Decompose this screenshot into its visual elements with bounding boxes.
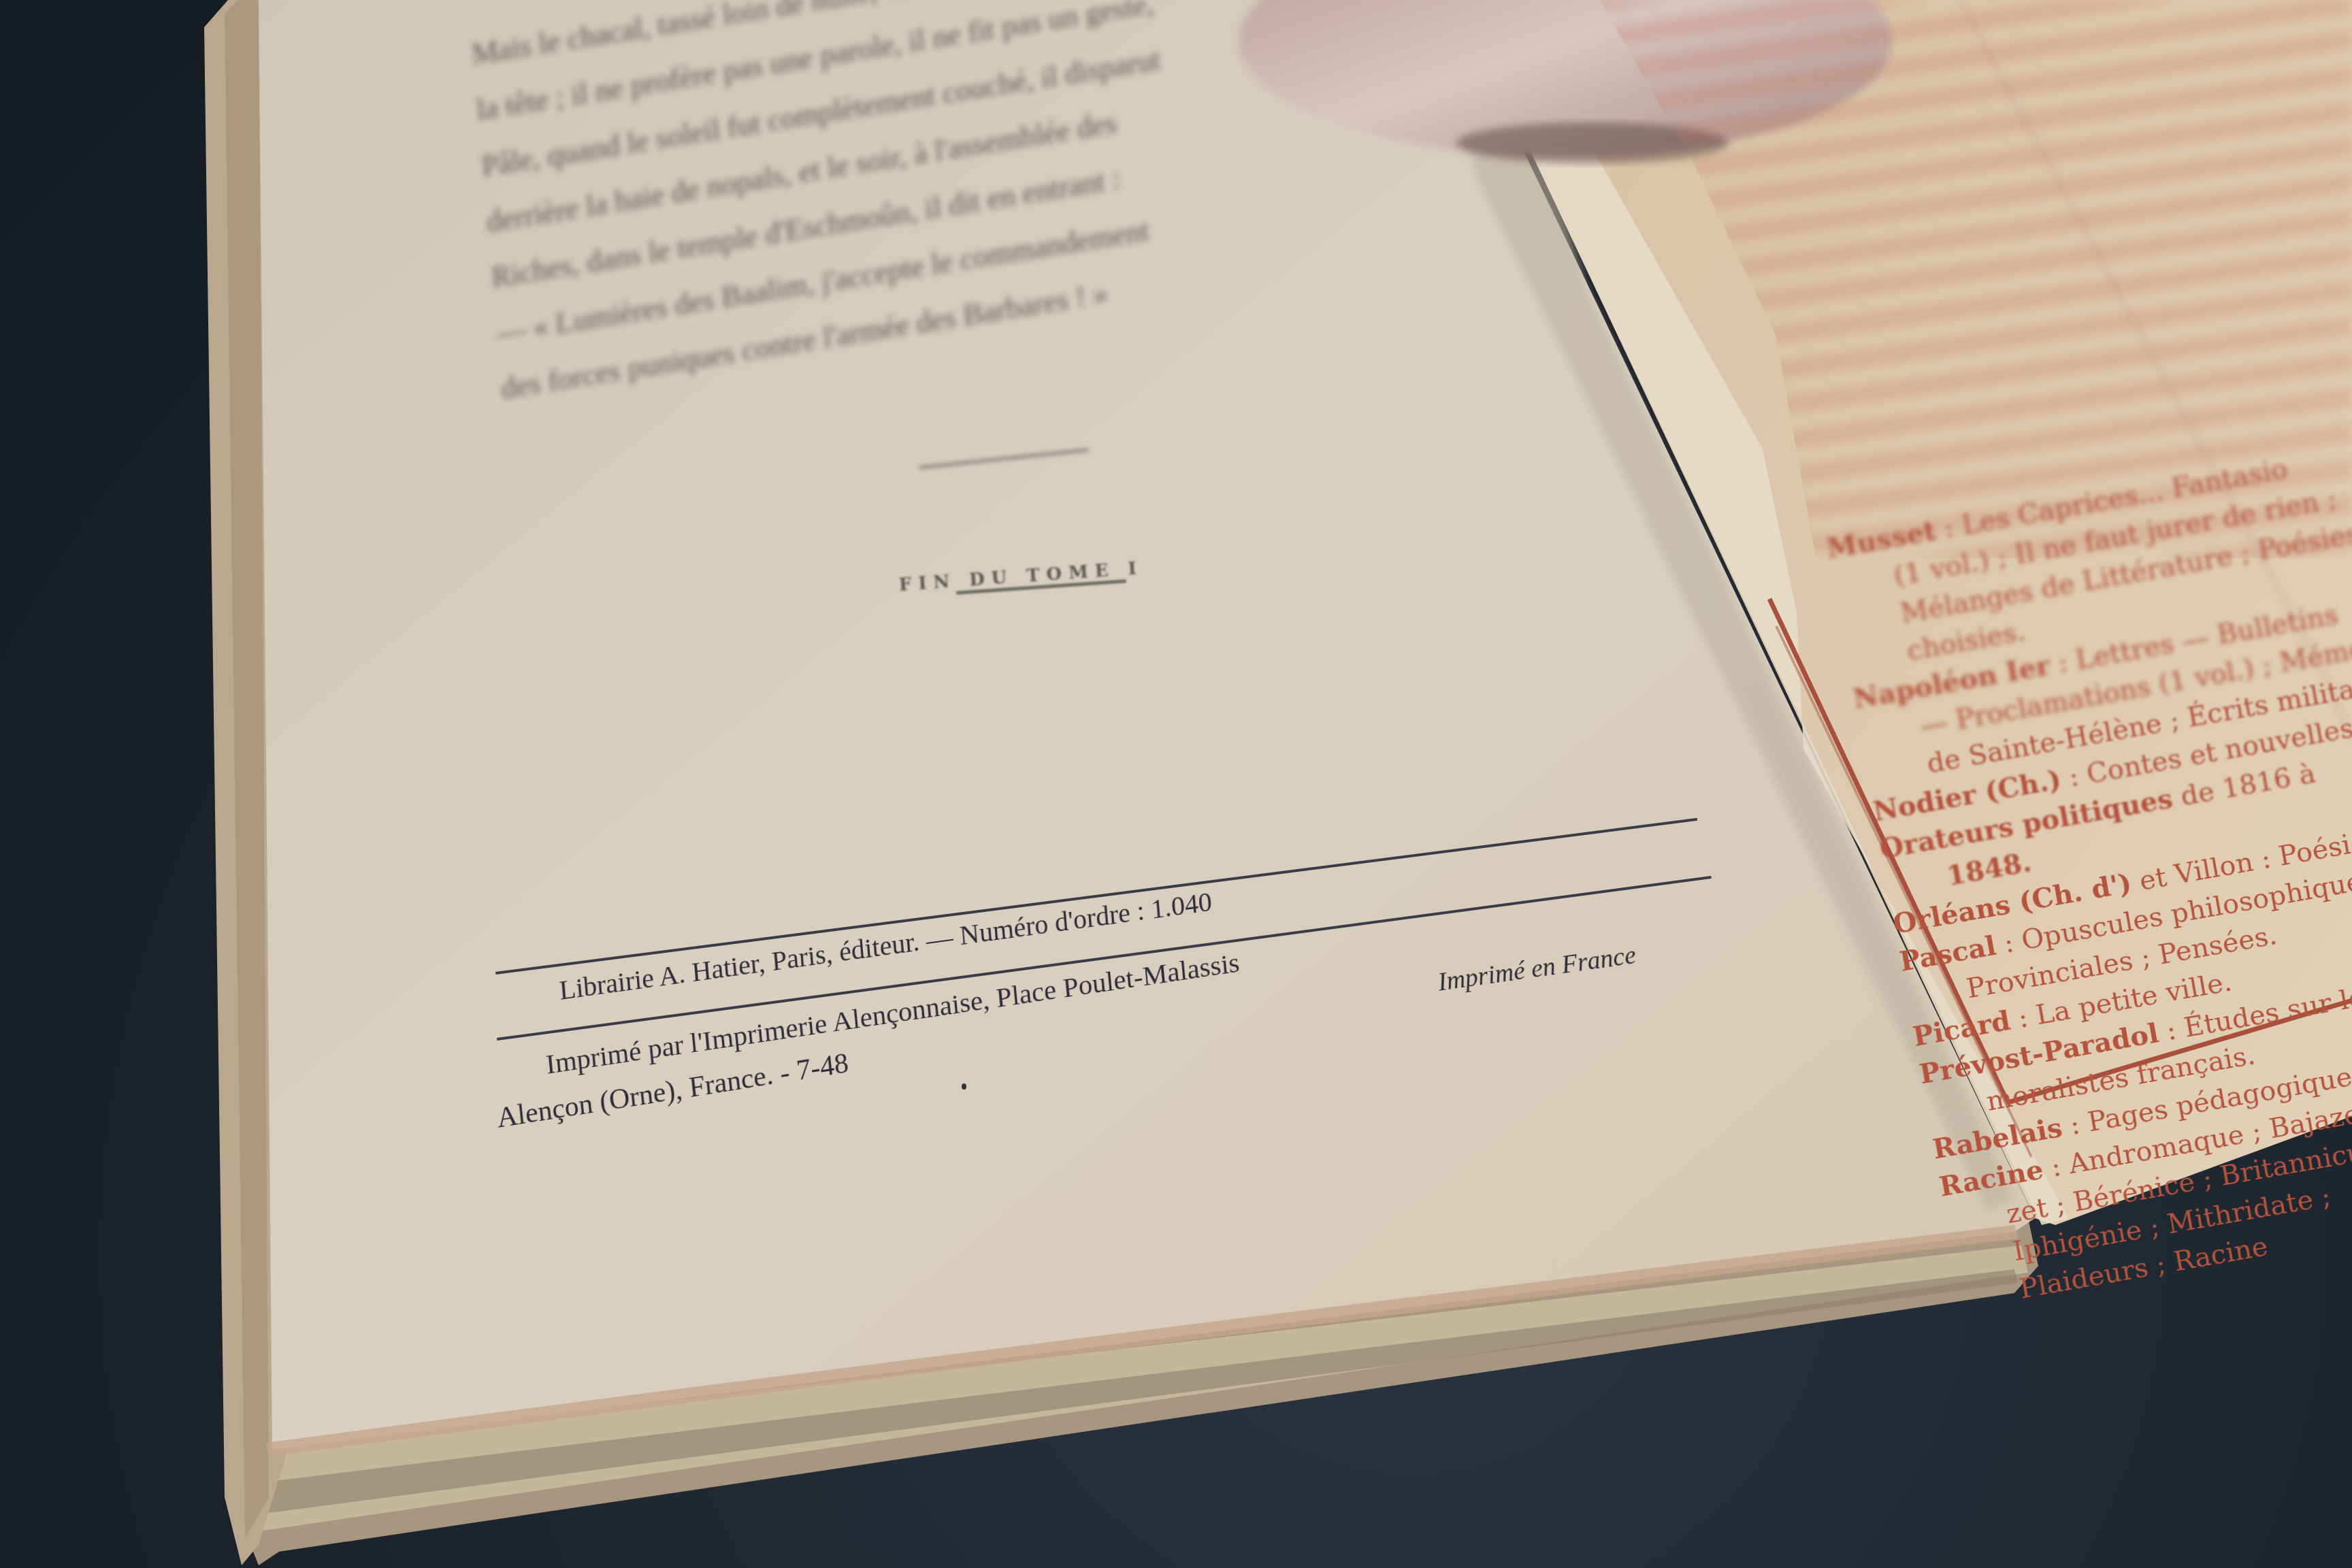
book-photo: Mais le chacal, tassé loin de nulle, vit…	[0, 0, 2352, 1568]
